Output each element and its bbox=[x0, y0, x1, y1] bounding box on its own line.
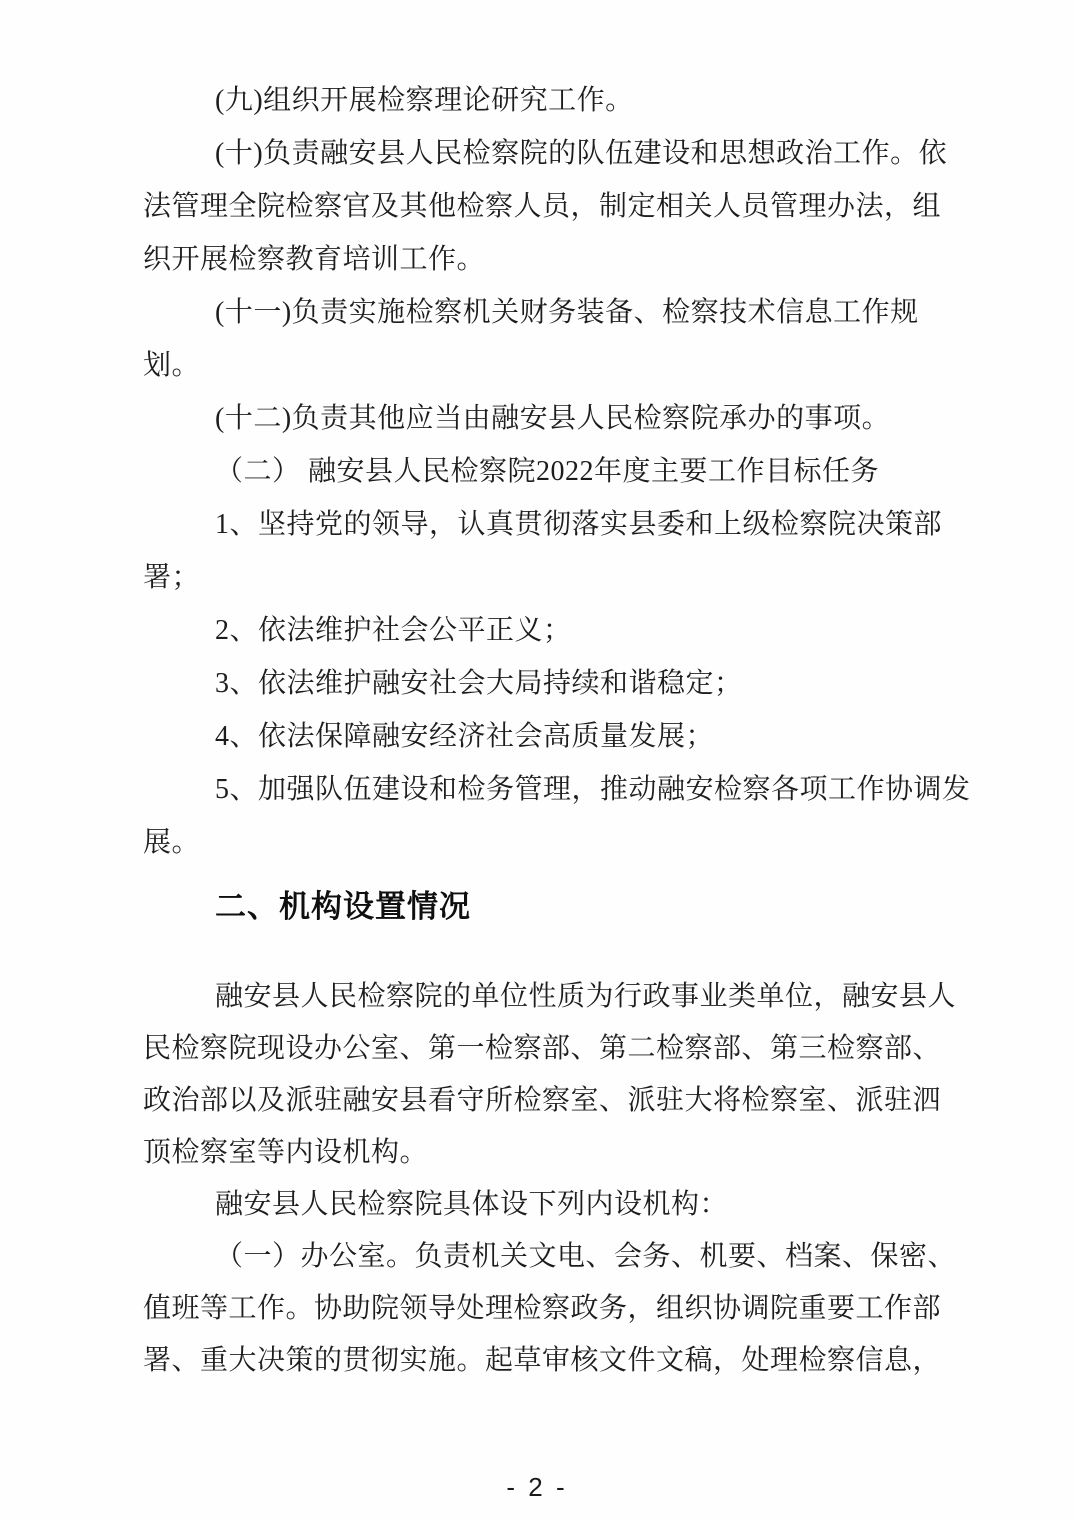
text-line: 3、依法维护融安社会大局持续和谐稳定； bbox=[143, 657, 943, 710]
text-line: 5、加强队伍建设和检务管理，推动融安检察各项工作协调发 bbox=[143, 763, 943, 816]
text-line: 2、依法维护社会公平正义； bbox=[143, 604, 943, 657]
text-line: 划。 bbox=[143, 339, 943, 392]
body-text-block-2: 融安县人民检察院的单位性质为行政事业类单位，融安县人 民检察院现设办公室、第一检… bbox=[143, 971, 943, 1387]
text-line: (十)负责融安县人民检察院的队伍建设和思想政治工作。依 bbox=[143, 127, 943, 180]
text-line: （二） 融安县人民检察院2022年度主要工作目标任务 bbox=[143, 445, 943, 498]
text-line: 融安县人民检察院的单位性质为行政事业类单位，融安县人 bbox=[143, 971, 943, 1023]
text-line: （一）办公室。负责机关文电、会务、机要、档案、保密、 bbox=[143, 1231, 943, 1283]
text-line: 政治部以及派驻融安县看守所检察室、派驻大将检察室、派驻泗 bbox=[143, 1075, 943, 1127]
text-line: 融安县人民检察院具体设下列内设机构： bbox=[143, 1179, 943, 1231]
text-line: 1、坚持党的领导，认真贯彻落实县委和上级检察院决策部 bbox=[143, 498, 943, 551]
text-line: 展。 bbox=[143, 816, 943, 869]
text-line: (十一)负责实施检察机关财务装备、检察技术信息工作规 bbox=[143, 286, 943, 339]
text-line: 署、重大决策的贯彻实施。起草审核文件文稿，处理检察信息， bbox=[143, 1335, 943, 1387]
document-page: (九)组织开展检察理论研究工作。 (十)负责融安县人民检察院的队伍建设和思想政治… bbox=[0, 0, 1074, 1520]
text-line: 织开展检察教育培训工作。 bbox=[143, 233, 943, 286]
body-text-block-1: (九)组织开展检察理论研究工作。 (十)负责融安县人民检察院的队伍建设和思想政治… bbox=[143, 74, 943, 869]
text-line: 顶检察室等内设机构。 bbox=[143, 1127, 943, 1179]
page-number: - 2 - bbox=[0, 1472, 1074, 1503]
text-line: (十二)负责其他应当由融安县人民检察院承办的事项。 bbox=[143, 392, 943, 445]
text-line: 4、依法保障融安经济社会高质量发展； bbox=[143, 710, 943, 763]
text-line: 值班等工作。协助院领导处理检察政务，组织协调院重要工作部 bbox=[143, 1283, 943, 1335]
text-line: 署； bbox=[143, 551, 943, 604]
text-line: 民检察院现设办公室、第一检察部、第二检察部、第三检察部、 bbox=[143, 1023, 943, 1075]
section-heading: 二、机构设置情况 bbox=[143, 884, 943, 930]
text-line: 法管理全院检察官及其他检察人员，制定相关人员管理办法，组 bbox=[143, 180, 943, 233]
text-line: (九)组织开展检察理论研究工作。 bbox=[143, 74, 943, 127]
